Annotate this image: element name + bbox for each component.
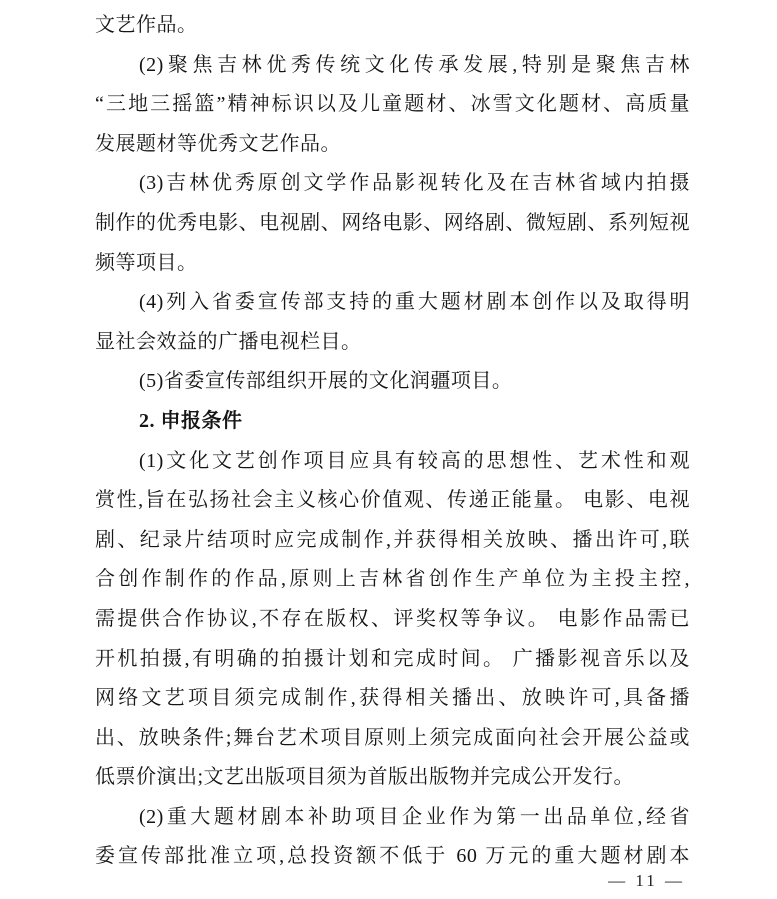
- text-line: 出、放映条件;舞台艺术项目原则上须完成面向社会开展公益或: [95, 719, 690, 759]
- text-line: 开机拍摄,有明确的拍摄计划和完成时间。 广播影视音乐以及: [95, 640, 690, 680]
- text-line: (2)聚焦吉林优秀传统文化传承发展,特别是聚焦吉林: [95, 46, 690, 86]
- text-line: (1)文化文艺创作项目应具有较高的思想性、艺术性和观: [95, 442, 690, 482]
- text-line: (3)吉林优秀原创文学作品影视转化及在吉林省域内拍摄: [95, 164, 690, 204]
- text-line: 赏性,旨在弘扬社会主义核心价值观、传递正能量。 电影、电视: [95, 481, 690, 521]
- body-text: 文艺作品。(2)聚焦吉林优秀传统文化传承发展,特别是聚焦吉林“三地三摇篮”精神标…: [95, 6, 690, 877]
- text-line: 文艺作品。: [95, 6, 690, 46]
- text-line: (5)省委宣传部组织开展的文化润疆项目。: [95, 362, 690, 402]
- text-line: 低票价演出;文艺出版项目须为首版出版物并完成公开发行。: [95, 758, 690, 798]
- page-number: — 11 —: [608, 871, 685, 891]
- section-heading: 2. 申报条件: [95, 402, 690, 442]
- text-line: 剧、纪录片结项时应完成制作,并获得相关放映、播出许可,联: [95, 521, 690, 561]
- text-line: (4)列入省委宣传部支持的重大题材剧本创作以及取得明: [95, 283, 690, 323]
- text-line: 委宣传部批准立项,总投资额不低于 60 万元的重大题材剧本: [95, 837, 690, 877]
- text-line: (2)重大题材剧本补助项目企业作为第一出品单位,经省: [95, 798, 690, 838]
- text-line: 需提供合作协议,不存在版权、评奖权等争议。 电影作品需已: [95, 600, 690, 640]
- text-line: 发展题材等优秀文艺作品。: [95, 125, 690, 165]
- text-line: 频等项目。: [95, 244, 690, 284]
- document-page: 文艺作品。(2)聚焦吉林优秀传统文化传承发展,特别是聚焦吉林“三地三摇篮”精神标…: [0, 0, 777, 899]
- text-line: 网络文艺项目须完成制作,获得相关播出、放映许可,具备播: [95, 679, 690, 719]
- text-line: “三地三摇篮”精神标识以及儿童题材、冰雪文化题材、高质量: [95, 85, 690, 125]
- text-line: 合创作制作的作品,原则上吉林省创作生产单位为主投主控,: [95, 560, 690, 600]
- text-line: 制作的优秀电影、电视剧、网络电影、网络剧、微短剧、系列短视: [95, 204, 690, 244]
- text-line: 显社会效益的广播电视栏目。: [95, 323, 690, 363]
